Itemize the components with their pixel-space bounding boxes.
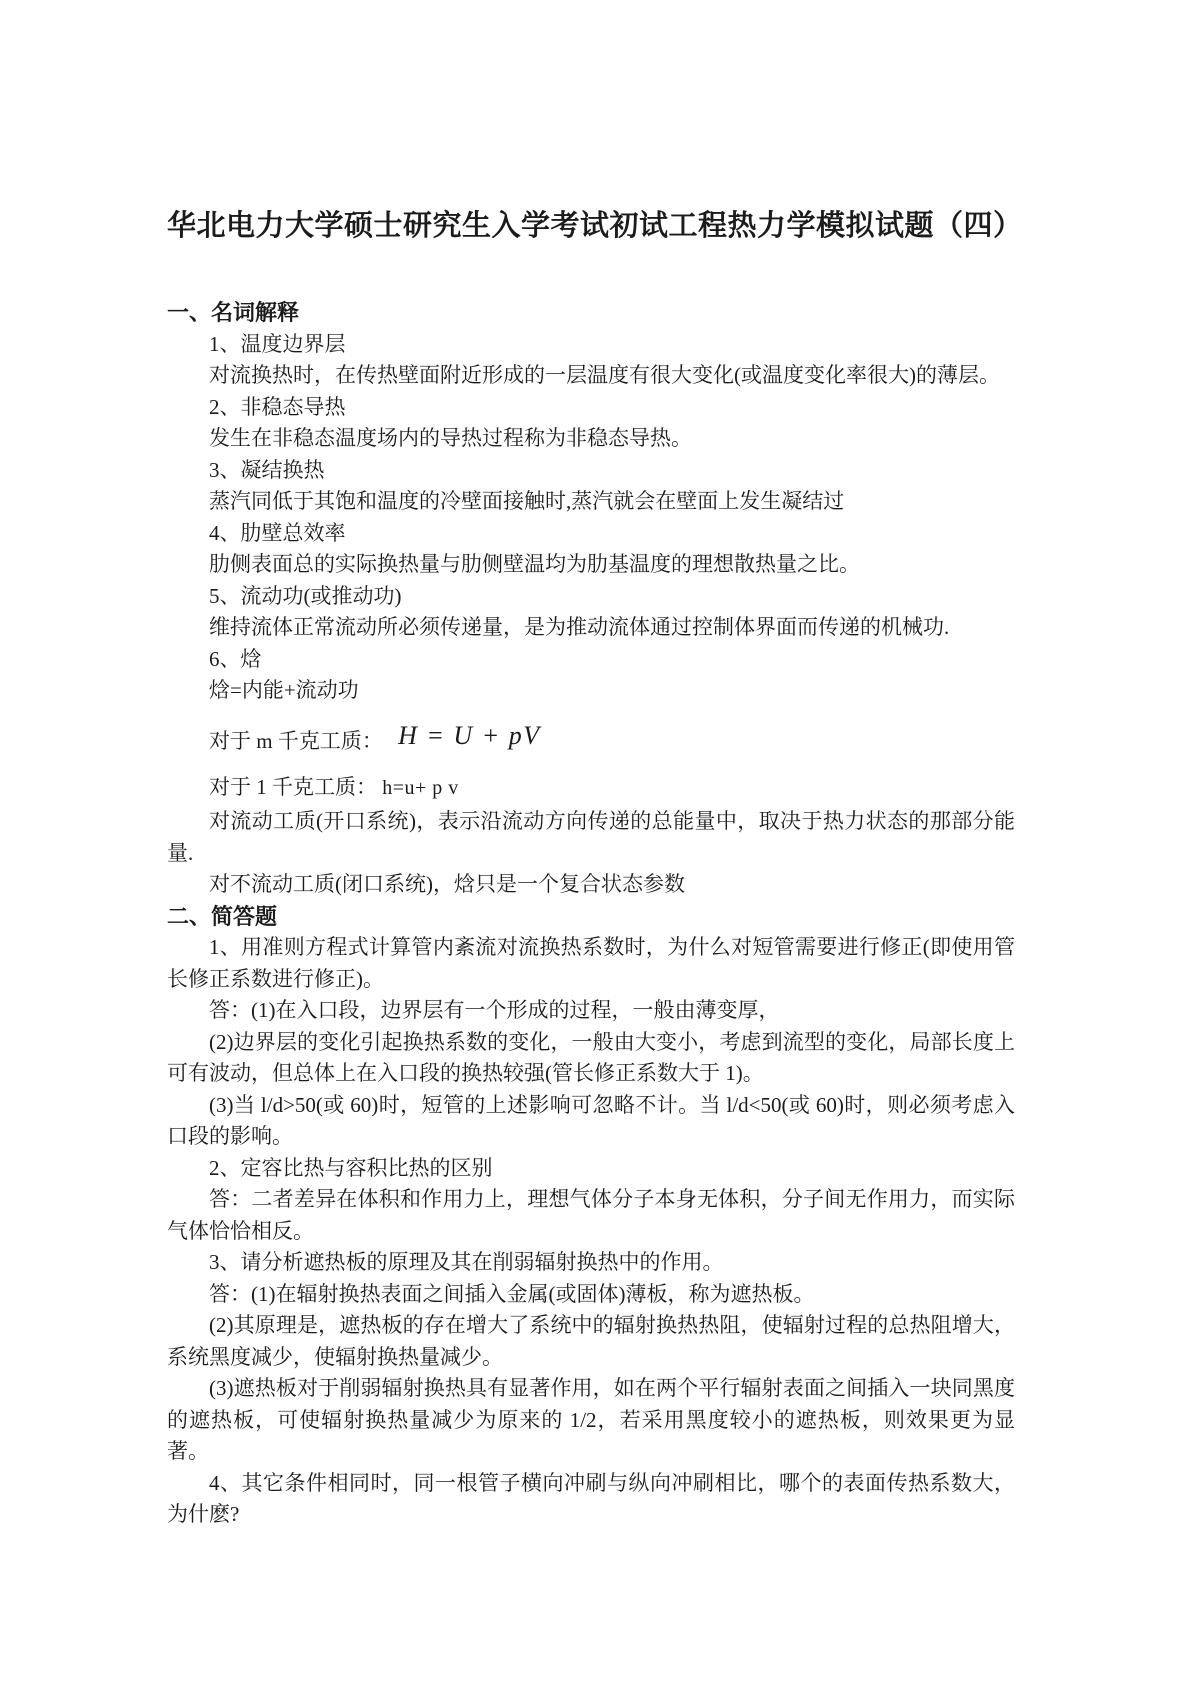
section2-question-4: 4、其它条件相同时，同一根管子横向冲刷与纵向冲刷相比，哪个的表面传热系数大，为什… [167,1468,1015,1531]
section1-heading: 一、名词解释 [167,297,1015,329]
section1-term-3: 3、凝结换热 [167,455,1015,487]
formula-enthalpy-h-u-pv: h=u+ p v [382,777,459,799]
document-title: 华北电力大学硕士研究生入学考试初试工程热力学模拟试题（四） [167,205,1015,247]
section1-definition-1: 对流换热时，在传热壁面附近形成的一层温度有很大变化(或温度变化率很大)的薄层。 [167,360,1015,392]
section2-answer-1-part1: 答：(1)在入口段，边界层有一个形成的过程，一般由薄变厚， [167,995,1015,1027]
formula-line-1-kg: 对于 1 千克工质： h=u+ p v [167,772,1015,805]
section1-enthalpy-note-closed-system: 对不流动工质(闭口系统)，焓只是一个复合状态参数 [167,869,1015,901]
section2-answer-3-part2: (2)其原理是，遮热板的存在增大了系统中的辐射换热热阻，使辐射过程的总热阻增大，… [167,1310,1015,1373]
document-page: 华北电力大学硕士研究生入学考试初试工程热力学模拟试题（四） 一、名词解释 1、温… [0,0,1190,1683]
section2-answer-3-part3: (3)遮热板对于削弱辐射换热具有显著作用，如在两个平行辐射表面之间插入一块同黑度… [167,1373,1015,1468]
section1-definition-2: 发生在非稳态温度场内的导热过程称为非稳态导热。 [167,423,1015,455]
section2-question-2: 2、定容比热与容积比热的区别 [167,1153,1015,1185]
section2-answer-2: 答：二者差异在体积和作用力上，理想气体分子本身无体积，分子间无作用力，而实际气体… [167,1184,1015,1247]
section1-term-2: 2、非稳态导热 [167,392,1015,424]
section2-question-1: 1、用准则方程式计算管内紊流对流换热系数时，为什么对短管需要进行修正(即使用管长… [167,932,1015,995]
section2-answer-1-part2: (2)边界层的变化引起换热系数的变化，一般由大变小，考虑到流型的变化，局部长度上… [167,1027,1015,1090]
formula-line-m-kg: 对于 m 千克工质： H = U + pV [167,723,1015,758]
formula-label-m-kg: 对于 m 千克工质： [209,729,383,753]
section1-term-1: 1、温度边界层 [167,329,1015,361]
section2-answer-1-part3: (3)当 l/d>50(或 60)时，短管的上述影响可忽略不计。当 l/d<50… [167,1090,1015,1153]
section1-definition-5: 维持流体正常流动所必须传递量，是为推动流体通过控制体界面而传递的机械功. [167,612,1015,644]
section1-definition-4: 肋侧表面总的实际换热量与肋侧壁温均为肋基温度的理想散热量之比。 [167,549,1015,581]
formula-label-1-kg: 对于 1 千克工质： [209,775,377,799]
section1-enthalpy-note-open-system: 对流动工质(开口系统)，表示沿流动方向传递的总能量中，取决于热力状态的那部分能量… [167,806,1015,869]
formula-enthalpy-H-U-pV: H = U + pV [388,721,541,750]
section1-term-6: 6、焓 [167,644,1015,676]
section2-answer-3-part1: 答：(1)在辐射换热表面之间插入金属(或固体)薄板，称为遮热板。 [167,1279,1015,1311]
section1-definition-3: 蒸汽同低于其饱和温度的冷壁面接触时,蒸汽就会在壁面上发生凝结过 [167,486,1015,518]
section1-definition-6: 焓=内能+流动功 [167,675,1015,707]
section1-term-5: 5、流动功(或推动功) [167,581,1015,613]
document-content: 华北电力大学硕士研究生入学考试初试工程热力学模拟试题（四） 一、名词解释 1、温… [167,205,1015,1531]
section1-term-4: 4、肋壁总效率 [167,518,1015,550]
section2-heading: 二、简答题 [167,901,1015,933]
section2-question-3: 3、请分析遮热板的原理及其在削弱辐射换热中的作用。 [167,1247,1015,1279]
